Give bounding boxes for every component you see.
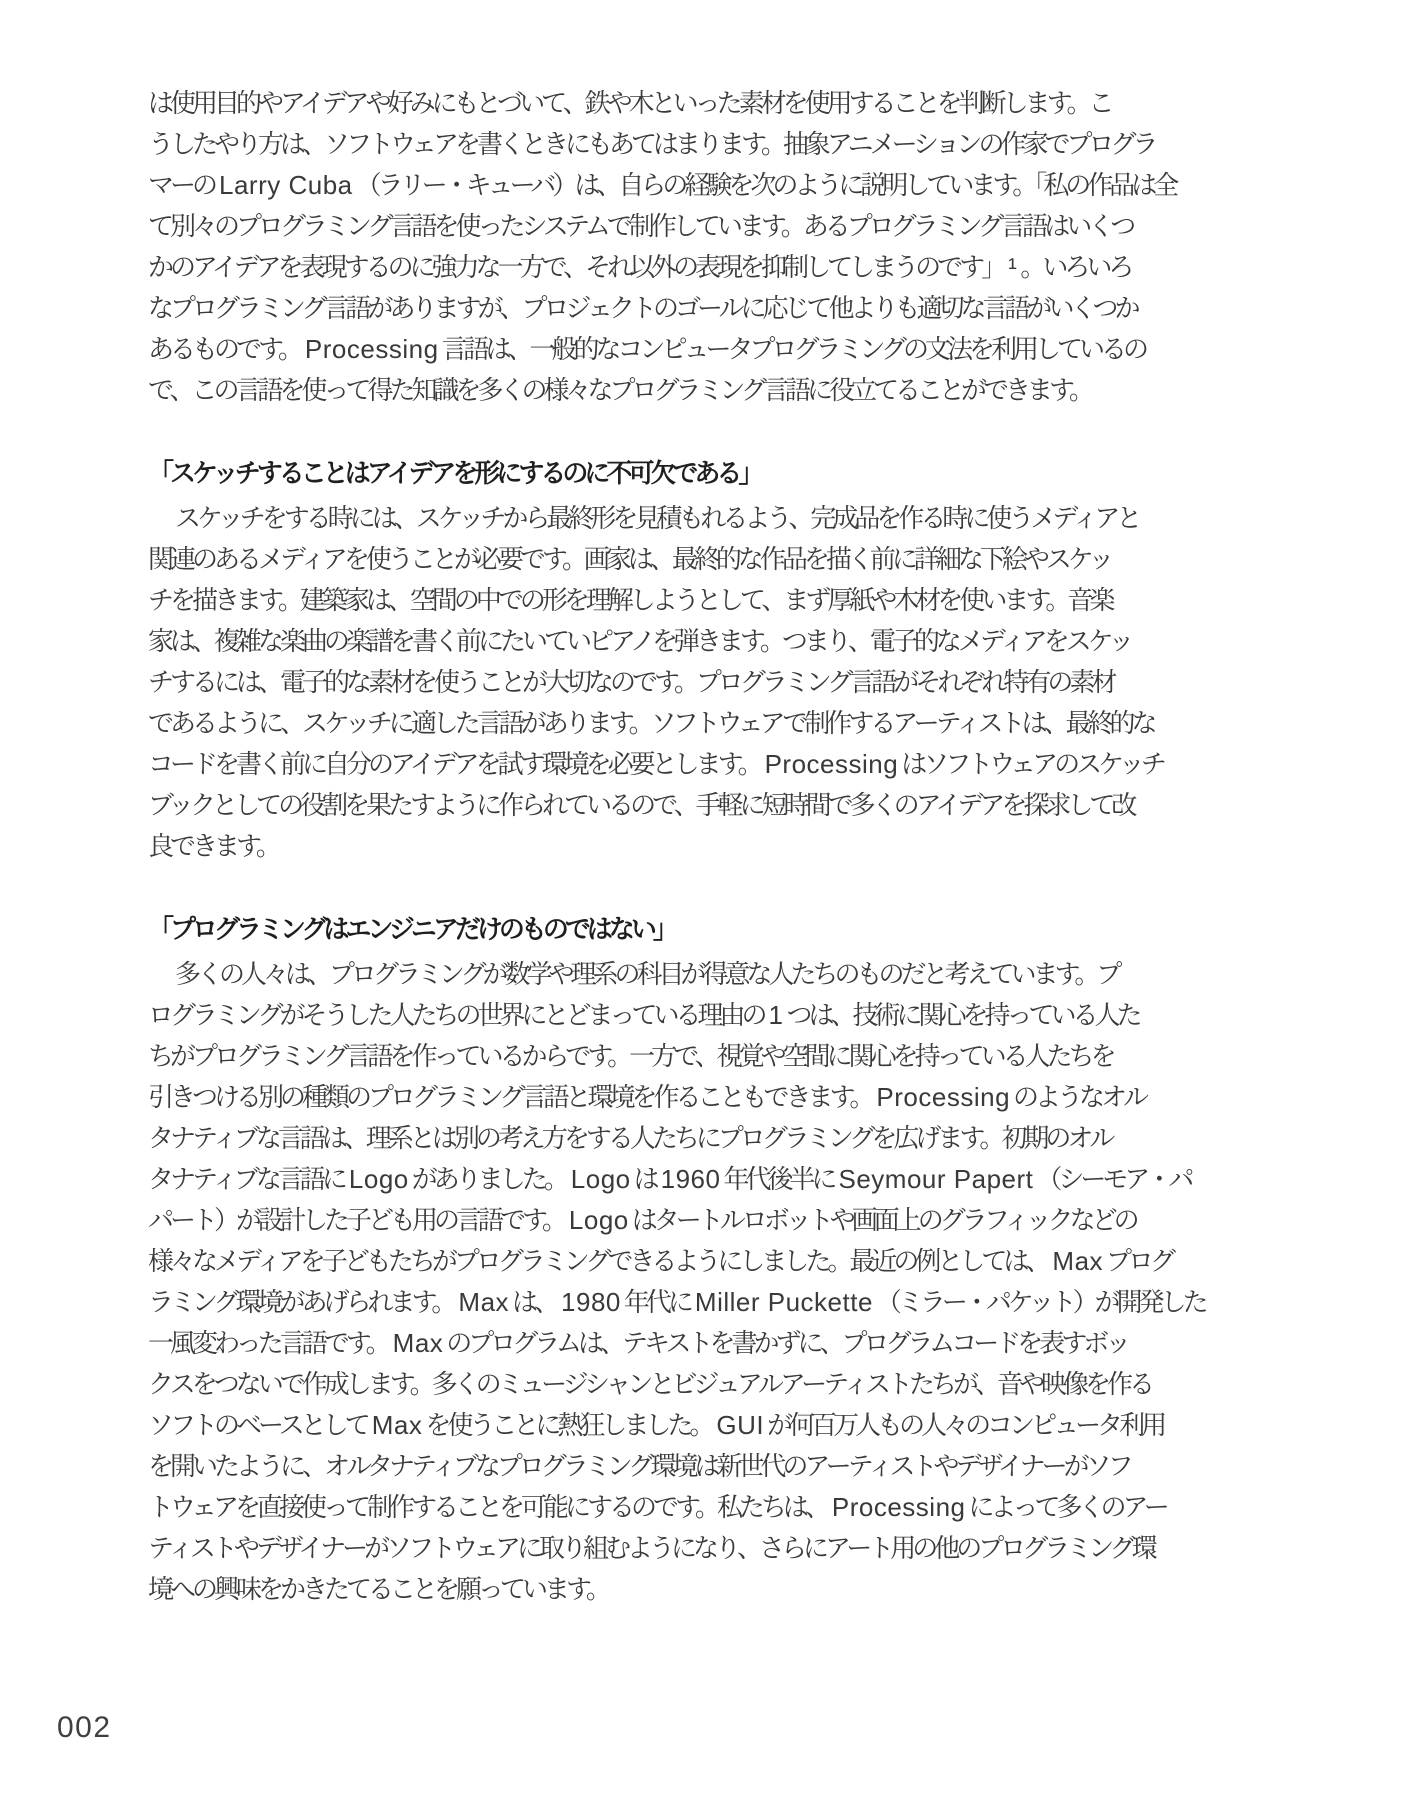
book-page: は使用目的やアイデアや好みにもとづいて、鉄や木といった素材を使用することを判断し… <box>0 0 1402 1803</box>
text-line: チを描きます。建築家は、空間の中での形を理解しようとして、まず厚紙や木材を使いま… <box>148 580 1208 621</box>
text-line: 境への興味をかきたてることを願っています。 <box>148 1569 1208 1610</box>
paragraph: スケッチをする時には、スケッチから最終形を見積もれるよう、完成品を作る時に使うメ… <box>148 498 1208 867</box>
text-line: 一風変わった言語です。Maxのプログラムは、テキストを書かずに、プログラムコード… <box>148 1323 1208 1364</box>
text-line: パート）が設計した子ども用の言語です。Logoはタートルロボットや画面上のグラフ… <box>148 1200 1208 1241</box>
text-line: マーのLarry Cuba（ラリー・キューバ）は、自らの経験を次のように説明して… <box>148 165 1208 206</box>
text-line: ブックとしての役割を果たすように作られているので、手軽に短時間で多くのアイデアを… <box>148 785 1208 826</box>
text-line: あるものです。Processing言語は、一般的なコンピュータプログラミングの文… <box>148 329 1208 370</box>
text-line: で、この言語を使って得た知識を多くの様々なプログラミング言語に役立てることができ… <box>148 370 1208 411</box>
section-heading: 「スケッチすることはアイデアを形にするのに不可欠である」 <box>148 453 1208 494</box>
text-line: て別々のプログラミング言語を使ったシステムで制作しています。あるプログラミング言… <box>148 206 1208 247</box>
text-line: ティストやデザイナーがソフトウェアに取り組むようになり、さらにアート用の他のプロ… <box>148 1528 1208 1569</box>
text-column: は使用目的やアイデアや好みにもとづいて、鉄や木といった素材を使用することを判断し… <box>148 83 1208 1610</box>
text-line: チするには、電子的な素材を使うことが大切なのです。プログラミング言語がそれぞれ特… <box>148 662 1208 703</box>
text-line: 引きつける別の種類のプログラミング言語と環境を作ることもできます。Process… <box>148 1077 1208 1118</box>
text-line: タナティブな言語にLogoがありました。Logoは1960年代後半にSeymou… <box>148 1159 1208 1200</box>
text-line: ログラミングがそうした人たちの世界にとどまっている理由の1つは、技術に関心を持っ… <box>148 995 1208 1036</box>
text-line: なプログラミング言語がありますが、プロジェクトのゴールに応じて他よりも適切な言語… <box>148 288 1208 329</box>
text-line: うしたやり方は、ソフトウェアを書くときにもあてはまります。抽象アニメーションの作… <box>148 124 1208 165</box>
text-line: ソフトのベースとしてMaxを使うことに熱狂しました。GUIが何百万人もの人々のコ… <box>148 1405 1208 1446</box>
text-line: スケッチをする時には、スケッチから最終形を見積もれるよう、完成品を作る時に使うメ… <box>148 498 1208 539</box>
text-line: ちがプログラミング言語を作っているからです。一方で、視覚や空間に関心を持っている… <box>148 1036 1208 1077</box>
paragraph: 多くの人々は、プログラミングが数学や理系の科目が得意な人たちのものだと考えていま… <box>148 954 1208 1610</box>
text-line: 良できます。 <box>148 826 1208 867</box>
text-line: 家は、複雑な楽曲の楽譜を書く前にたいていピアノを弾きます。つまり、電子的なメディ… <box>148 621 1208 662</box>
paragraph: は使用目的やアイデアや好みにもとづいて、鉄や木といった素材を使用することを判断し… <box>148 83 1208 411</box>
text-line: かのアイデアを表現するのに強力な一方で、それ以外の表現を抑制してしまうのです」¹… <box>148 247 1208 288</box>
text-line: ラミング環境があげられます。Maxは、1980年代にMiller Puckett… <box>148 1282 1208 1323</box>
text-line: 様々なメディアを子どもたちがプログラミングできるようにしました。最近の例としては… <box>148 1241 1208 1282</box>
text-line: を開いたように、オルタナティブなプログラミング環境は新世代のアーティストやデザイ… <box>148 1446 1208 1487</box>
page-number: 002 <box>57 1709 112 1747</box>
text-line: クスをつないで作成します。多くのミュージシャンとビジュアルアーティストたちが、音… <box>148 1364 1208 1405</box>
section-heading: 「プログラミングはエンジニアだけのものではない」 <box>148 909 1208 950</box>
text-line: 多くの人々は、プログラミングが数学や理系の科目が得意な人たちのものだと考えていま… <box>148 954 1208 995</box>
text-line: であるように、スケッチに適した言語があります。ソフトウェアで制作するアーティスト… <box>148 703 1208 744</box>
text-line: は使用目的やアイデアや好みにもとづいて、鉄や木といった素材を使用することを判断し… <box>148 83 1208 124</box>
text-line: タナティブな言語は、理系とは別の考え方をする人たちにプログラミングを広げます。初… <box>148 1118 1208 1159</box>
text-line: コードを書く前に自分のアイデアを試す環境を必要とします。Processingはソ… <box>148 744 1208 785</box>
text-line: 関連のあるメディアを使うことが必要です。画家は、最終的な作品を描く前に詳細な下絵… <box>148 539 1208 580</box>
text-line: トウェアを直接使って制作することを可能にするのです。私たちは、Processin… <box>148 1487 1208 1528</box>
